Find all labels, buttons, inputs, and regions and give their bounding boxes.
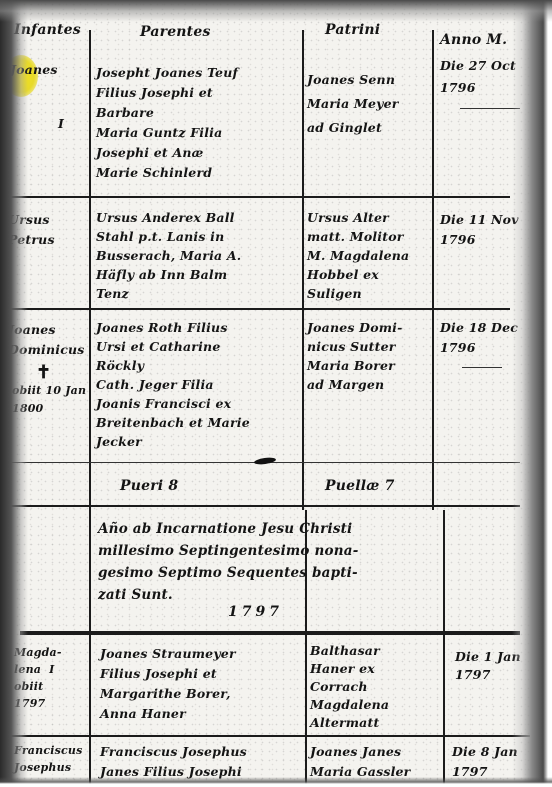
year-heading-year: 1797 (228, 604, 283, 622)
row-rule-4 (0, 735, 530, 737)
scan-edge-right (512, 0, 552, 787)
entry-1797-2-parentes: Franciscus Josephus Janes Filius Josephi (100, 742, 247, 782)
header-date: Anno M. (440, 32, 507, 50)
register-page: Infantes Parentes Patrini Anno M. Joanes… (0, 0, 552, 787)
column-rule-3 (432, 30, 434, 510)
entry-3-parentes: Joanes Roth Filius Ursi et Catharine Röc… (96, 318, 250, 451)
entry-1797-1-date: Die 1 Jan 1797 (455, 648, 521, 684)
scan-edge-top (0, 0, 552, 22)
entry-2-parentes: Ursus Anderex Ball Stahl p.t. Lanis in B… (96, 208, 241, 303)
scan-edge-bottom (0, 777, 552, 787)
cross-icon: ✝ (36, 361, 51, 384)
entry-2-date: Die 11 Nov 1796 (440, 210, 519, 250)
row-rule-1 (0, 196, 510, 198)
entry-1-mark: I (58, 116, 64, 132)
date-underline-3 (462, 367, 502, 368)
section-rule (20, 631, 520, 635)
date-underline-1 (460, 108, 520, 109)
column-rule-1 (89, 30, 91, 787)
entry-1-parentes: Josepht Joanes Teuf Filius Josephi et Ba… (96, 63, 238, 183)
entry-2-patrini: Ursus Alter matt. Molitor M. Magdalena H… (307, 208, 409, 303)
header-parentes: Parentes (140, 24, 211, 42)
entry-1-patrini: Joanes Senn Maria Meyer ad Ginglet (307, 68, 399, 140)
entry-1797-2-patrini: Joanes Janes Maria Gassler (310, 742, 410, 782)
entry-3-date: Die 18 Dec 1796 (440, 318, 518, 358)
column-rule-3b (443, 510, 445, 787)
entry-3-patrini: Joanes Domi- nicus Sutter Maria Borer ad… (307, 318, 403, 394)
row-rule-3 (0, 505, 520, 507)
row-rule-2 (0, 308, 510, 310)
entry-1797-1-patrini: Balthasar Haner ex Corrach Magdalena Alt… (310, 642, 389, 732)
entry-1-date: Die 27 Oct 1796 (440, 55, 516, 99)
scan-edge-left (0, 0, 28, 787)
entry-1797-2-date: Die 8 Jan 1797 (452, 742, 518, 782)
entry-1797-1-parentes: Joanes Straumeyer Filius Josephi et Marg… (100, 644, 236, 724)
header-patrini: Patrini (325, 22, 380, 40)
total-puellae: Puellæ 7 (325, 478, 395, 496)
column-rule-2 (302, 30, 304, 510)
total-pueri: Pueri 8 (120, 478, 178, 496)
ink-blot (254, 456, 277, 465)
year-heading-text: Año ab Incarnatione Jesu Christi millesi… (98, 518, 359, 606)
